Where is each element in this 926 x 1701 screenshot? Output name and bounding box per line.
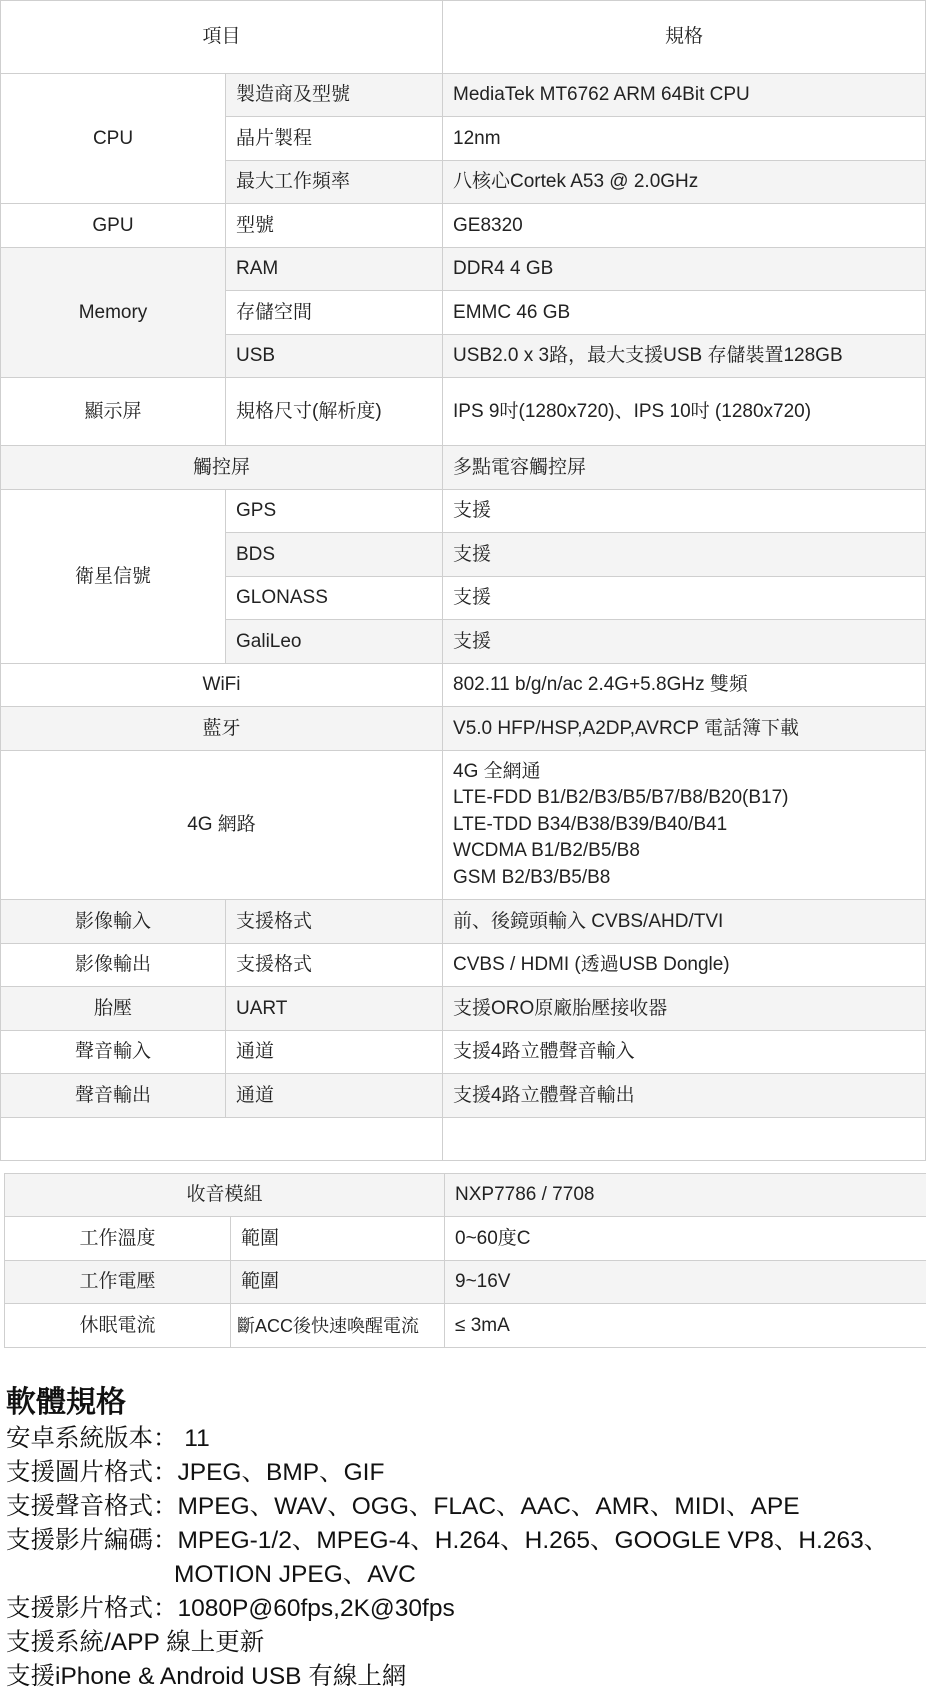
network-line: WCDMA B1/B2/B5/B8 xyxy=(453,838,915,865)
software-line: 支援影片格式：1080P@60fps,2K@30fps xyxy=(6,1592,921,1626)
table-row: 工作電壓 範圍 9~16V xyxy=(5,1261,926,1304)
category-bluetooth: 藍牙 xyxy=(1,707,443,751)
software-line: 安卓系統版本： 11 xyxy=(6,1422,921,1456)
row-value: USB2.0 x 3路，最大支援USB 存儲裝置128GB xyxy=(443,335,926,378)
row-label: 範圍 xyxy=(231,1217,445,1261)
empty-row xyxy=(1,1118,926,1161)
category-tire-pressure: 胎壓 xyxy=(1,987,226,1031)
table-row: 胎壓 UART 支援ORO原廠胎壓接收器 xyxy=(1,987,926,1031)
table-row: 藍牙 V5.0 HFP/HSP,A2DP,AVRCP 電話簿下載 xyxy=(1,707,926,751)
software-title: 軟體規格 xyxy=(6,1384,921,1422)
category-memory: Memory xyxy=(1,248,226,378)
row-label: 存儲空間 xyxy=(226,291,443,335)
table-row: 影像輸入 支援格式 前、後鏡頭輸入 CVBS/AHD/TVI xyxy=(1,900,926,944)
table-header-row: 項目 規格 xyxy=(1,1,926,74)
row-value: 支援 xyxy=(443,620,926,664)
table-row: 4G 網路 4G 全網通 LTE-FDD B1/B2/B3/B5/B7/B8/B… xyxy=(1,751,926,900)
row-label: RAM xyxy=(226,248,443,291)
category-temperature: 工作溫度 xyxy=(5,1217,231,1261)
table-row: 顯示屏 規格尺寸(解析度) IPS 9吋(1280x720)、IPS 10吋 (… xyxy=(1,378,926,446)
row-value: 前、後鏡頭輸入 CVBS/AHD/TVI xyxy=(443,900,926,944)
category-cpu: CPU xyxy=(1,74,226,204)
row-label: 最大工作頻率 xyxy=(226,161,443,204)
network-line: LTE-FDD B1/B2/B3/B5/B7/B8/B20(B17) xyxy=(453,785,915,812)
row-label: 型號 xyxy=(226,204,443,248)
table-row: 工作溫度 範圍 0~60度C xyxy=(5,1217,926,1261)
row-value: 支援 xyxy=(443,577,926,620)
row-label: 通道 xyxy=(226,1031,443,1074)
row-value: 支援4路立體聲音輸入 xyxy=(443,1031,926,1074)
software-line: 支援圖片格式：JPEG、BMP、GIF xyxy=(6,1456,921,1490)
empty-cell xyxy=(443,1118,926,1161)
row-value: NXP7786 / 7708 xyxy=(445,1174,926,1217)
software-line: 支援聲音格式：MPEG、WAV、OGG、FLAC、AAC、AMR、MIDI、AP… xyxy=(6,1490,921,1524)
row-label: USB xyxy=(226,335,443,378)
row-value: 12nm xyxy=(443,117,926,161)
row-value: DDR4 4 GB xyxy=(443,248,926,291)
row-value: ≤ 3mA xyxy=(445,1304,926,1348)
row-label: BDS xyxy=(226,533,443,577)
row-value: 9~16V xyxy=(445,1261,926,1304)
row-value: 0~60度C xyxy=(445,1217,926,1261)
empty-cell xyxy=(1,1118,443,1161)
row-value: 支援4路立體聲音輸出 xyxy=(443,1074,926,1118)
row-label: 製造商及型號 xyxy=(226,74,443,117)
row-label: GaliLeo xyxy=(226,620,443,664)
row-value: EMMC 46 GB xyxy=(443,291,926,335)
hardware-spec-table: 項目 規格 CPU 製造商及型號 MediaTek MT6762 ARM 64B… xyxy=(0,0,926,1161)
category-voltage: 工作電壓 xyxy=(5,1261,231,1304)
table-row: 觸控屏 多點電容觸控屏 xyxy=(1,446,926,490)
header-item: 項目 xyxy=(1,1,443,74)
category-satellite: 衛星信號 xyxy=(1,490,226,664)
row-value: CVBS / HDMI (透過USB Dongle) xyxy=(443,944,926,987)
category-video-in: 影像輸入 xyxy=(1,900,226,944)
category-gpu: GPU xyxy=(1,204,226,248)
table-row: 休眠電流 斷ACC後快速喚醒電流 ≤ 3mA xyxy=(5,1304,926,1348)
row-value: 支援 xyxy=(443,490,926,533)
table-row: 聲音輸出 通道 支援4路立體聲音輸出 xyxy=(1,1074,926,1118)
row-label: 斷ACC後快速喚醒電流 xyxy=(231,1304,445,1348)
extra-spec-table: 收音模組 NXP7786 / 7708 工作溫度 範圍 0~60度C 工作電壓 … xyxy=(4,1173,926,1348)
row-label: GLONASS xyxy=(226,577,443,620)
header-spec: 規格 xyxy=(443,1,926,74)
network-line: 4G 全網通 xyxy=(453,759,915,786)
software-spec-section: 軟體規格 安卓系統版本： 11 支援圖片格式：JPEG、BMP、GIF 支援聲音… xyxy=(6,1384,921,1694)
row-label: GPS xyxy=(226,490,443,533)
row-label: 通道 xyxy=(226,1074,443,1118)
row-value: V5.0 HFP/HSP,A2DP,AVRCP 電話簿下載 xyxy=(443,707,926,751)
row-label: 支援格式 xyxy=(226,944,443,987)
row-value: 支援ORO原廠胎壓接收器 xyxy=(443,987,926,1031)
category-touch: 觸控屏 xyxy=(1,446,443,490)
row-label: UART xyxy=(226,987,443,1031)
table-row: GPU 型號 GE8320 xyxy=(1,204,926,248)
category-video-out: 影像輸出 xyxy=(1,944,226,987)
table-row: 收音模組 NXP7786 / 7708 xyxy=(5,1174,926,1217)
row-value: 支援 xyxy=(443,533,926,577)
network-line: GSM B2/B3/B5/B8 xyxy=(453,865,915,892)
category-radio: 收音模組 xyxy=(5,1174,445,1217)
row-value: 802.11 b/g/n/ac 2.4G+5.8GHz 雙頻 xyxy=(443,664,926,707)
software-line: 支援系統/APP 線上更新 xyxy=(6,1626,921,1660)
row-label: 晶片製程 xyxy=(226,117,443,161)
table-row: WiFi 802.11 b/g/n/ac 2.4G+5.8GHz 雙頻 xyxy=(1,664,926,707)
row-value: IPS 9吋(1280x720)、IPS 10吋 (1280x720) xyxy=(443,378,926,446)
category-display: 顯示屏 xyxy=(1,378,226,446)
table-row: 衛星信號 GPS 支援 xyxy=(1,490,926,533)
category-sleep-current: 休眠電流 xyxy=(5,1304,231,1348)
category-4g-network: 4G 網路 xyxy=(1,751,443,900)
row-value: 八核心Cortek A53 @ 2.0GHz xyxy=(443,161,926,204)
table-row: Memory RAM DDR4 4 GB xyxy=(1,248,926,291)
category-audio-in: 聲音輸入 xyxy=(1,1031,226,1074)
table-row: 聲音輸入 通道 支援4路立體聲音輸入 xyxy=(1,1031,926,1074)
row-label: 規格尺寸(解析度) xyxy=(226,378,443,446)
row-value: 多點電容觸控屏 xyxy=(443,446,926,490)
table-row: CPU 製造商及型號 MediaTek MT6762 ARM 64Bit CPU xyxy=(1,74,926,117)
software-line: 支援iPhone & Android USB 有線上網 xyxy=(6,1660,921,1694)
network-line: LTE-TDD B34/B38/B39/B40/B41 xyxy=(453,812,915,839)
row-value: MediaTek MT6762 ARM 64Bit CPU xyxy=(443,74,926,117)
category-audio-out: 聲音輸出 xyxy=(1,1074,226,1118)
software-line: 支援影片編碼：MPEG-1/2、MPEG-4、H.264、H.265、GOOGL… xyxy=(6,1524,921,1558)
row-label: 範圍 xyxy=(231,1261,445,1304)
table-row: 影像輸出 支援格式 CVBS / HDMI (透過USB Dongle) xyxy=(1,944,926,987)
software-line-continuation: MOTION JPEG、AVC xyxy=(6,1558,921,1592)
row-value: GE8320 xyxy=(443,204,926,248)
row-label: 支援格式 xyxy=(226,900,443,944)
row-value-multiline: 4G 全網通 LTE-FDD B1/B2/B3/B5/B7/B8/B20(B17… xyxy=(443,751,926,900)
category-wifi: WiFi xyxy=(1,664,443,707)
